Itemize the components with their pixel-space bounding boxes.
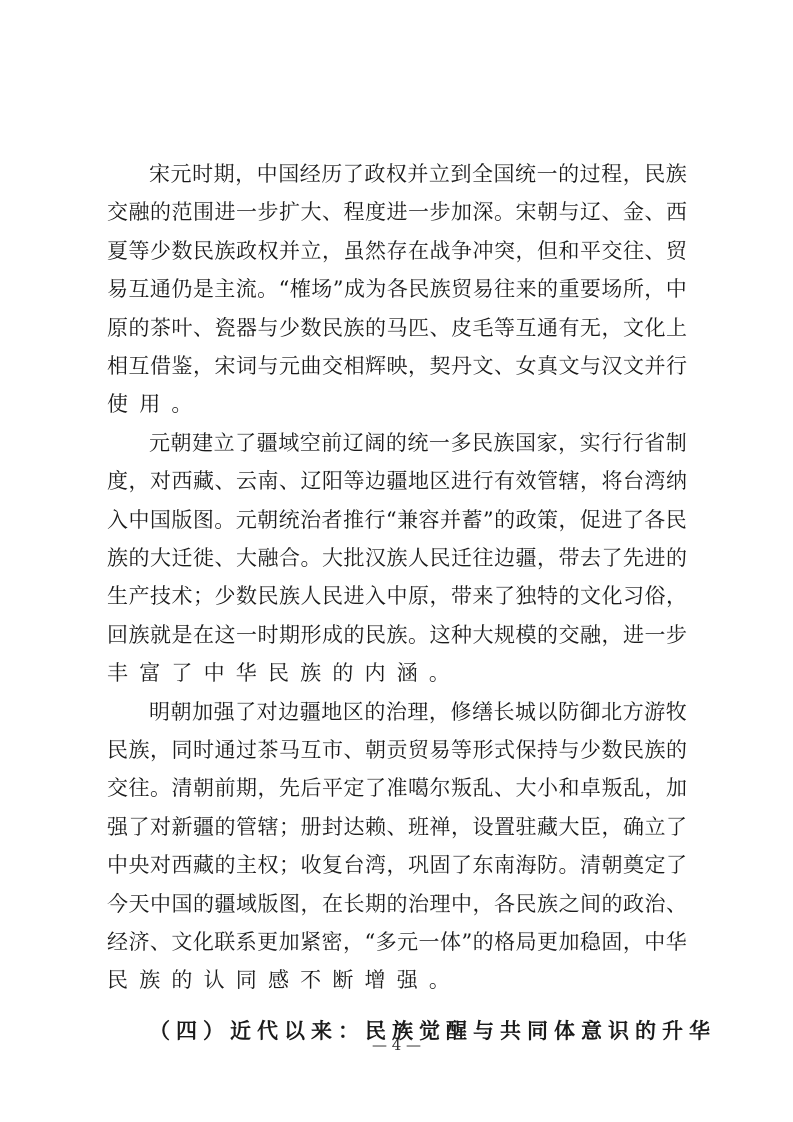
paragraph-line: 民族，同时通过茶马互市、朝贡贸易等形式保持与少数民族的	[107, 734, 687, 766]
paragraph-line: 经济、文化联系更加紧密，“多元一体”的格局更加稳固，中华	[107, 926, 687, 958]
paragraph-line: 易互通仍是主流。“榷场”成为各民族贸易往来的重要场所，中	[107, 273, 687, 305]
paragraph-line: 族的大迁徙、大融合。大批汉族人民迁往边疆，带去了先进的	[107, 542, 687, 574]
paragraph-line: 入中国版图。元朝统治者推行“兼容并蓄”的政策，促进了各民	[107, 504, 687, 536]
document-page: 宋元时期，中国经历了政权并立到全国统一的过程，民族交融的范围进一步扩大、程度进一…	[0, 0, 793, 1122]
paragraph-line: 元朝建立了疆域空前辽阔的统一多民族国家，实行行省制	[149, 427, 687, 459]
paragraph-line: 民族的认同感不断增强。	[107, 964, 687, 996]
paragraph-line: 回族就是在这一时期形成的民族。这种大规模的交融，进一步	[107, 619, 687, 651]
paragraph-line: 相互借鉴，宋词与元曲交相辉映，契丹文、女真文与汉文并行	[107, 350, 687, 382]
paragraph-line: 交融的范围进一步扩大、程度进一步加深。宋朝与辽、金、西	[107, 196, 687, 228]
paragraph-line: 夏等少数民族政权并立，虽然存在战争冲突，但和平交往、贸	[107, 235, 687, 267]
paragraph-line: 强了对新疆的管辖；册封达赖、班禅，设置驻藏大臣，确立了	[107, 811, 687, 843]
paragraph-line: 原的茶叶、瓷器与少数民族的马匹、皮毛等互通有无，文化上	[107, 312, 687, 344]
paragraph-line: 中央对西藏的主权；收复台湾，巩固了东南海防。清朝奠定了	[107, 849, 687, 881]
paragraph-line: 今天中国的疆域版图，在长期的治理中，各民族之间的政治、	[107, 888, 687, 920]
paragraph-line: 使用。	[107, 388, 687, 420]
paragraph-line: 度，对西藏、云南、辽阳等边疆地区进行有效管辖，将台湾纳	[107, 465, 687, 497]
paragraph-line: 宋元时期，中国经历了政权并立到全国统一的过程，民族	[149, 158, 687, 190]
paragraph-line: 明朝加强了对边疆地区的治理，修缮长城以防御北方游牧	[149, 696, 687, 728]
paragraph-line: 丰富了中华民族的内涵。	[107, 657, 687, 689]
paragraph-line: 交往。清朝前期，先后平定了准噶尔叛乱、大小和卓叛乱，加	[107, 772, 687, 804]
page-number: — 4 —	[0, 1036, 793, 1054]
paragraph-line: 生产技术；少数民族人民进入中原，带来了独特的文化习俗，	[107, 580, 687, 612]
